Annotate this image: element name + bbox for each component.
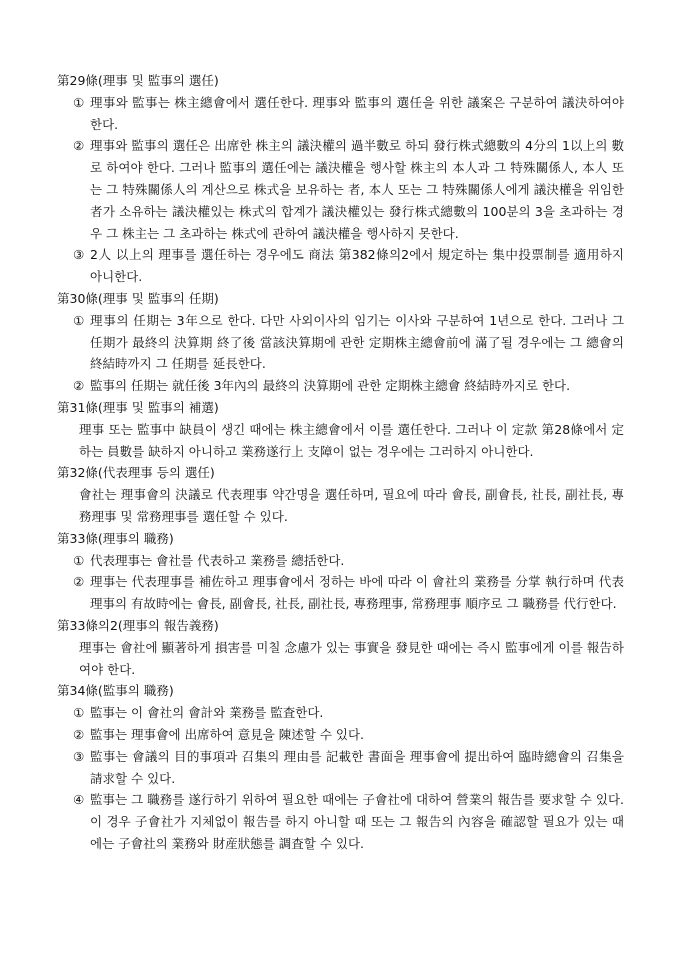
clause-text: 理事의 任期는 3年으로 한다. 다만 사외이사의 임기는 이사와 구분하여 1… — [90, 310, 624, 375]
clause-text: 代表理事는 會社를 代表하고 業務를 總括한다. — [90, 550, 624, 572]
numbered-clause: ①理事의 任期는 3年으로 한다. 다만 사외이사의 임기는 이사와 구분하여 … — [57, 310, 624, 375]
clause-number: ③ — [73, 746, 90, 790]
numbered-clause: ③監事는 會議의 目的事項과 召集의 理由를 記載한 書面을 理事會에 提出하여… — [57, 746, 624, 790]
article: 第33條의2(理事의 報告義務)理事는 會社에 顯著하게 損害를 미칠 念慮가 … — [57, 615, 624, 680]
clause-number: ② — [73, 375, 90, 397]
numbered-clause: ③2人 以上의 理事를 選任하는 경우에도 商法 第382條의2에서 規定하는 … — [57, 244, 624, 288]
clause-text: 理事는 代表理事를 補佐하고 理事會에서 정하는 바에 따라 이 會社의 業務를… — [90, 571, 624, 615]
clause-text: 理事 또는 監事中 缺員이 생긴 때에는 株主總會에서 이를 選任한다. 그러나… — [57, 419, 624, 463]
article: 第29條(理事 및 監事의 選任)①理事와 監事는 株主總會에서 選任한다. 理… — [57, 70, 624, 288]
numbered-clause: ②監事의 任期는 就任後 3年內의 最終의 決算期에 관한 定期株主總會 終結時… — [57, 375, 624, 397]
numbered-clause: ①監事는 이 會社의 會計와 業務를 監査한다. — [57, 702, 624, 724]
article: 第30條(理事 및 監事의 任期)①理事의 任期는 3年으로 한다. 다만 사외… — [57, 288, 624, 397]
clause-text: 監事는 그 職務를 遂行하기 위하여 필요한 때에는 子會社에 대하여 營業의 … — [90, 789, 624, 854]
article: 第33條(理事의 職務)①代表理事는 會社를 代表하고 業務를 總括한다.②理事… — [57, 528, 624, 615]
clause-text: 監事는 會議의 目的事項과 召集의 理由를 記載한 書面을 理事會에 提出하여 … — [90, 746, 624, 790]
document-page: 第29條(理事 및 監事의 選任)①理事와 監事는 株主總會에서 選任한다. 理… — [0, 0, 680, 962]
article-heading: 第30條(理事 및 監事의 任期) — [57, 288, 624, 310]
clause-text: 2人 以上의 理事를 選任하는 경우에도 商法 第382條의2에서 規定하는 集… — [90, 244, 624, 288]
article-heading: 第34條(監事의 職務) — [57, 680, 624, 702]
clause-number: ③ — [73, 244, 90, 288]
article-heading: 第33條(理事의 職務) — [57, 528, 624, 550]
numbered-clause: ④監事는 그 職務를 遂行하기 위하여 필요한 때에는 子會社에 대하여 營業의… — [57, 789, 624, 854]
article: 第34條(監事의 職務)①監事는 이 會社의 會計와 業務를 監査한다.②監事는… — [57, 680, 624, 854]
clause-text: 監事의 任期는 就任後 3年內의 最終의 決算期에 관한 定期株主總會 終結時까… — [90, 375, 624, 397]
clause-number: ① — [73, 92, 90, 136]
clause-number: ② — [73, 135, 90, 244]
clause-text: 監事는 이 會社의 會計와 業務를 監査한다. — [90, 702, 624, 724]
clause-text: 理事와 監事의 選任은 出席한 株主의 議決權의 過半數로 하되 發行株式總數의… — [90, 135, 624, 244]
clause-number: ① — [73, 702, 90, 724]
clause-text: 理事는 會社에 顯著하게 損害를 미칠 念慮가 있는 事實을 發見한 때에는 즉… — [57, 637, 624, 681]
article-heading: 第29條(理事 및 監事의 選任) — [57, 70, 624, 92]
articles-container: 第29條(理事 및 監事의 選任)①理事와 監事는 株主總會에서 選任한다. 理… — [57, 70, 624, 855]
article: 第32條(代表理事 등의 選任)會社는 理事會의 決議로 代表理事 약간명을 選… — [57, 462, 624, 527]
article-heading: 第31條(理事 및 監事의 補選) — [57, 397, 624, 419]
numbered-clause: ①理事와 監事는 株主總會에서 選任한다. 理事와 監事의 選任을 위한 議案은… — [57, 92, 624, 136]
clause-text: 會社는 理事會의 決議로 代表理事 약간명을 選任하며, 필요에 따라 會長, … — [57, 484, 624, 528]
clause-number: ② — [73, 724, 90, 746]
article-heading: 第33條의2(理事의 報告義務) — [57, 615, 624, 637]
clause-number: ① — [73, 550, 90, 572]
clause-number: ④ — [73, 789, 90, 854]
clause-text: 理事와 監事는 株主總會에서 選任한다. 理事와 監事의 選任을 위한 議案은 … — [90, 92, 624, 136]
numbered-clause: ②監事는 理事會에 出席하여 意見을 陳述할 수 있다. — [57, 724, 624, 746]
clause-number: ② — [73, 571, 90, 615]
numbered-clause: ②理事는 代表理事를 補佐하고 理事會에서 정하는 바에 따라 이 會社의 業務… — [57, 571, 624, 615]
numbered-clause: ①代表理事는 會社를 代表하고 業務를 總括한다. — [57, 550, 624, 572]
numbered-clause: ②理事와 監事의 選任은 出席한 株主의 議決權의 過半數로 하되 發行株式總數… — [57, 135, 624, 244]
clause-text: 監事는 理事會에 出席하여 意見을 陳述할 수 있다. — [90, 724, 624, 746]
clause-number: ① — [73, 310, 90, 375]
article: 第31條(理事 및 監事의 補選)理事 또는 監事中 缺員이 생긴 때에는 株主… — [57, 397, 624, 462]
article-heading: 第32條(代表理事 등의 選任) — [57, 462, 624, 484]
